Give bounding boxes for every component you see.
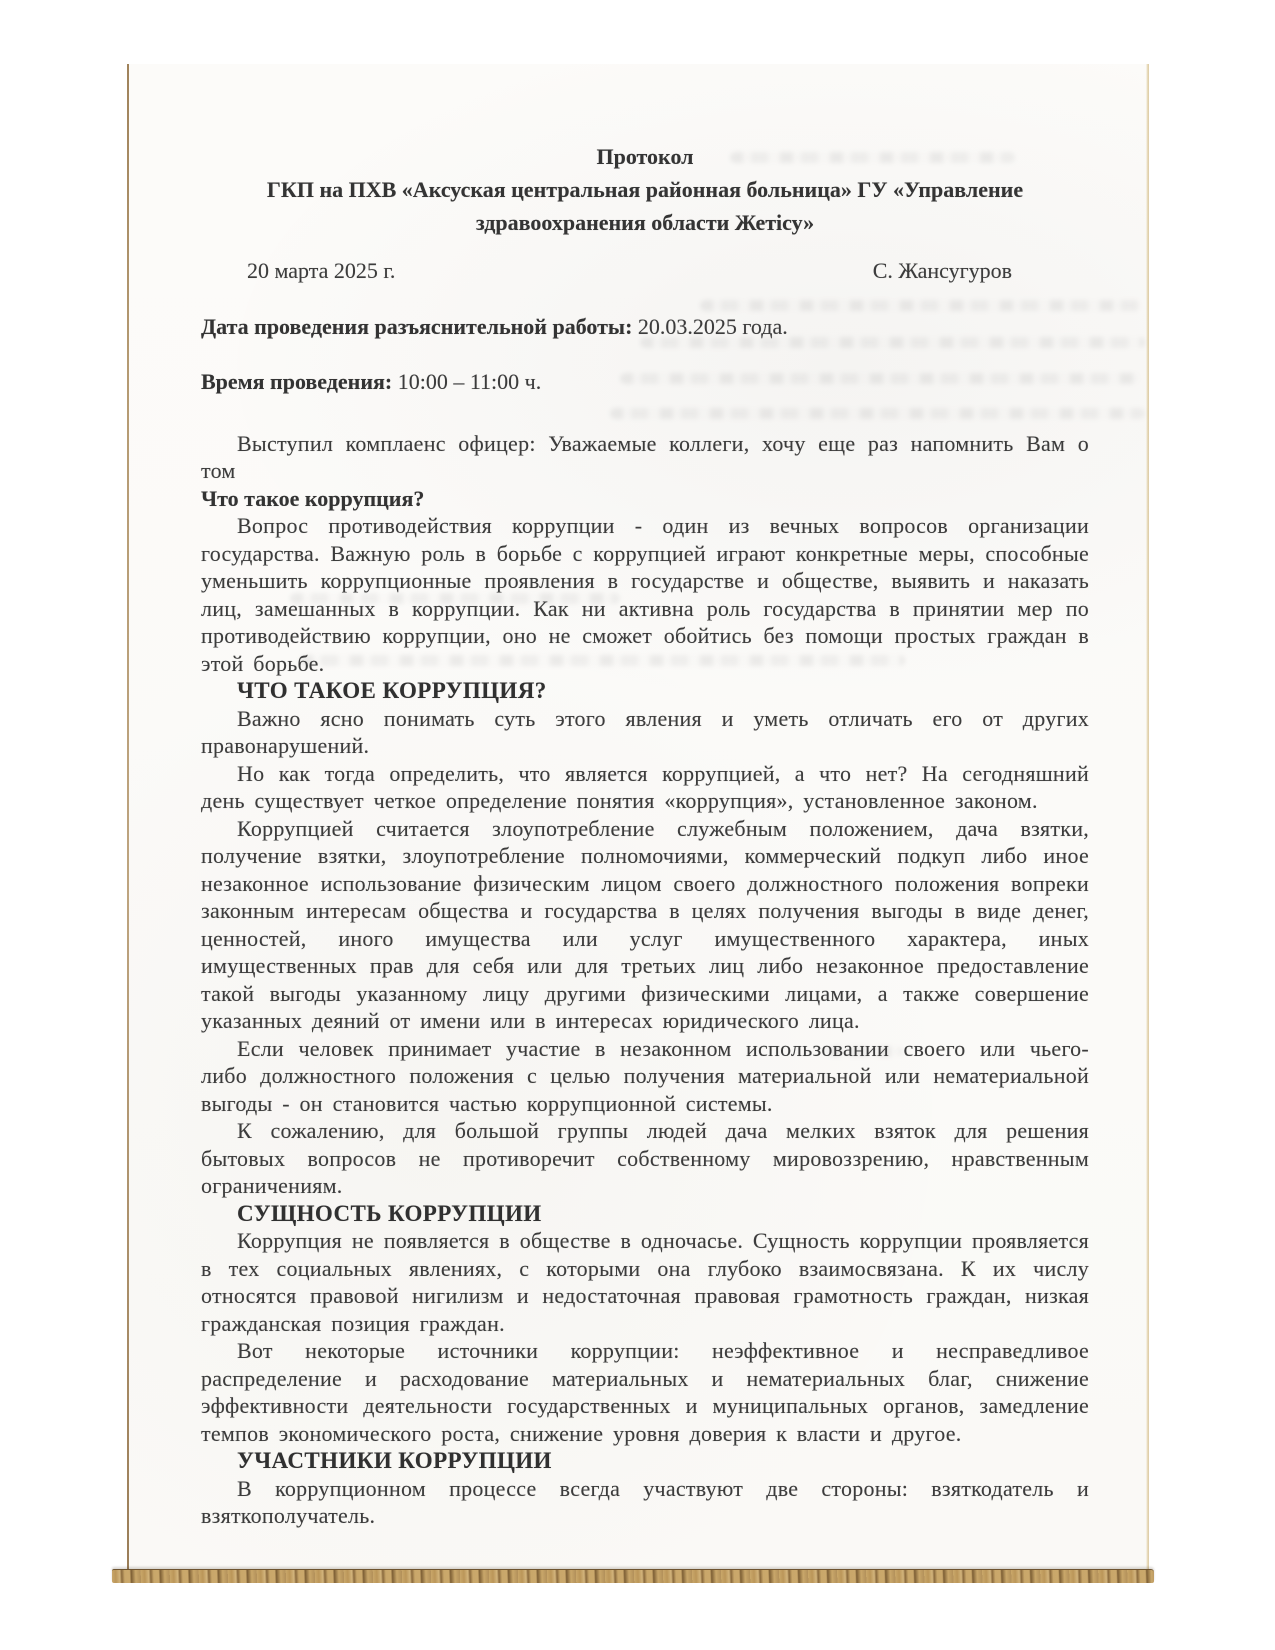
meta-date-label: Дата проведения разъяснительной работы: [201,314,632,339]
document-body: Выступил комплаенс офицер: Уважаемые кол… [201,430,1089,1530]
signatory-name: С. Жансугуров [873,257,1089,285]
section-heading: ЧТО ТАКОЕ КОРРУПЦИЯ? [201,677,1089,705]
meta-date-line: Дата проведения разъяснительной работы: … [201,313,1089,341]
section-heading: СУЩНОСТЬ КОРРУПЦИИ [201,1200,1089,1228]
paragraph: Выступил комплаенс офицер: Уважаемые кол… [201,430,1089,485]
document-subtitle: ГКП на ПХВ «Аксуская центральная районна… [245,173,1045,239]
paragraph: Но как тогда определить, что является ко… [201,760,1089,815]
meta-time-value: 10:00 – 11:00 ч. [398,369,541,394]
section-heading: УЧАСТНИКИ КОРРУПЦИИ [201,1447,1089,1475]
scanner-background: { "document": { "title": "Протокол", "su… [0,0,1275,1650]
paragraph: К сожалению, для большой группы людей да… [201,1117,1089,1200]
meta-time-label: Время проведения: [201,369,392,394]
paragraph: Если человек принимает участие в незакон… [201,1035,1089,1118]
meta-date-value: 20.03.2025 года. [638,314,788,339]
document-date: 20 марта 2025 г. [247,257,395,285]
paragraph: Важно ясно понимать суть этого явления и… [201,705,1089,760]
document-title: Протокол [201,140,1089,173]
paragraph: Вопрос противодействия коррупции - один … [201,512,1089,677]
document-content: Протокол ГКП на ПХВ «Аксуская центральна… [127,64,1149,1569]
page-stack-edge [112,1569,1154,1583]
paragraph: Вот некоторые источники коррупции: неэфф… [201,1337,1089,1447]
inline-heading: Что такое коррупция? [201,485,1089,513]
paragraph: Коррупция не появляется в обществе в одн… [201,1227,1089,1337]
date-signatory-row: 20 марта 2025 г. С. Жансугуров [201,257,1089,285]
meta-time-line: Время проведения: 10:00 – 11:00 ч. [201,368,1089,396]
document-page: Протокол ГКП на ПХВ «Аксуская центральна… [127,64,1149,1569]
paragraph: Коррупцией считается злоупотребление слу… [201,815,1089,1035]
paragraph: В коррупционном процессе всегда участвую… [201,1475,1089,1530]
